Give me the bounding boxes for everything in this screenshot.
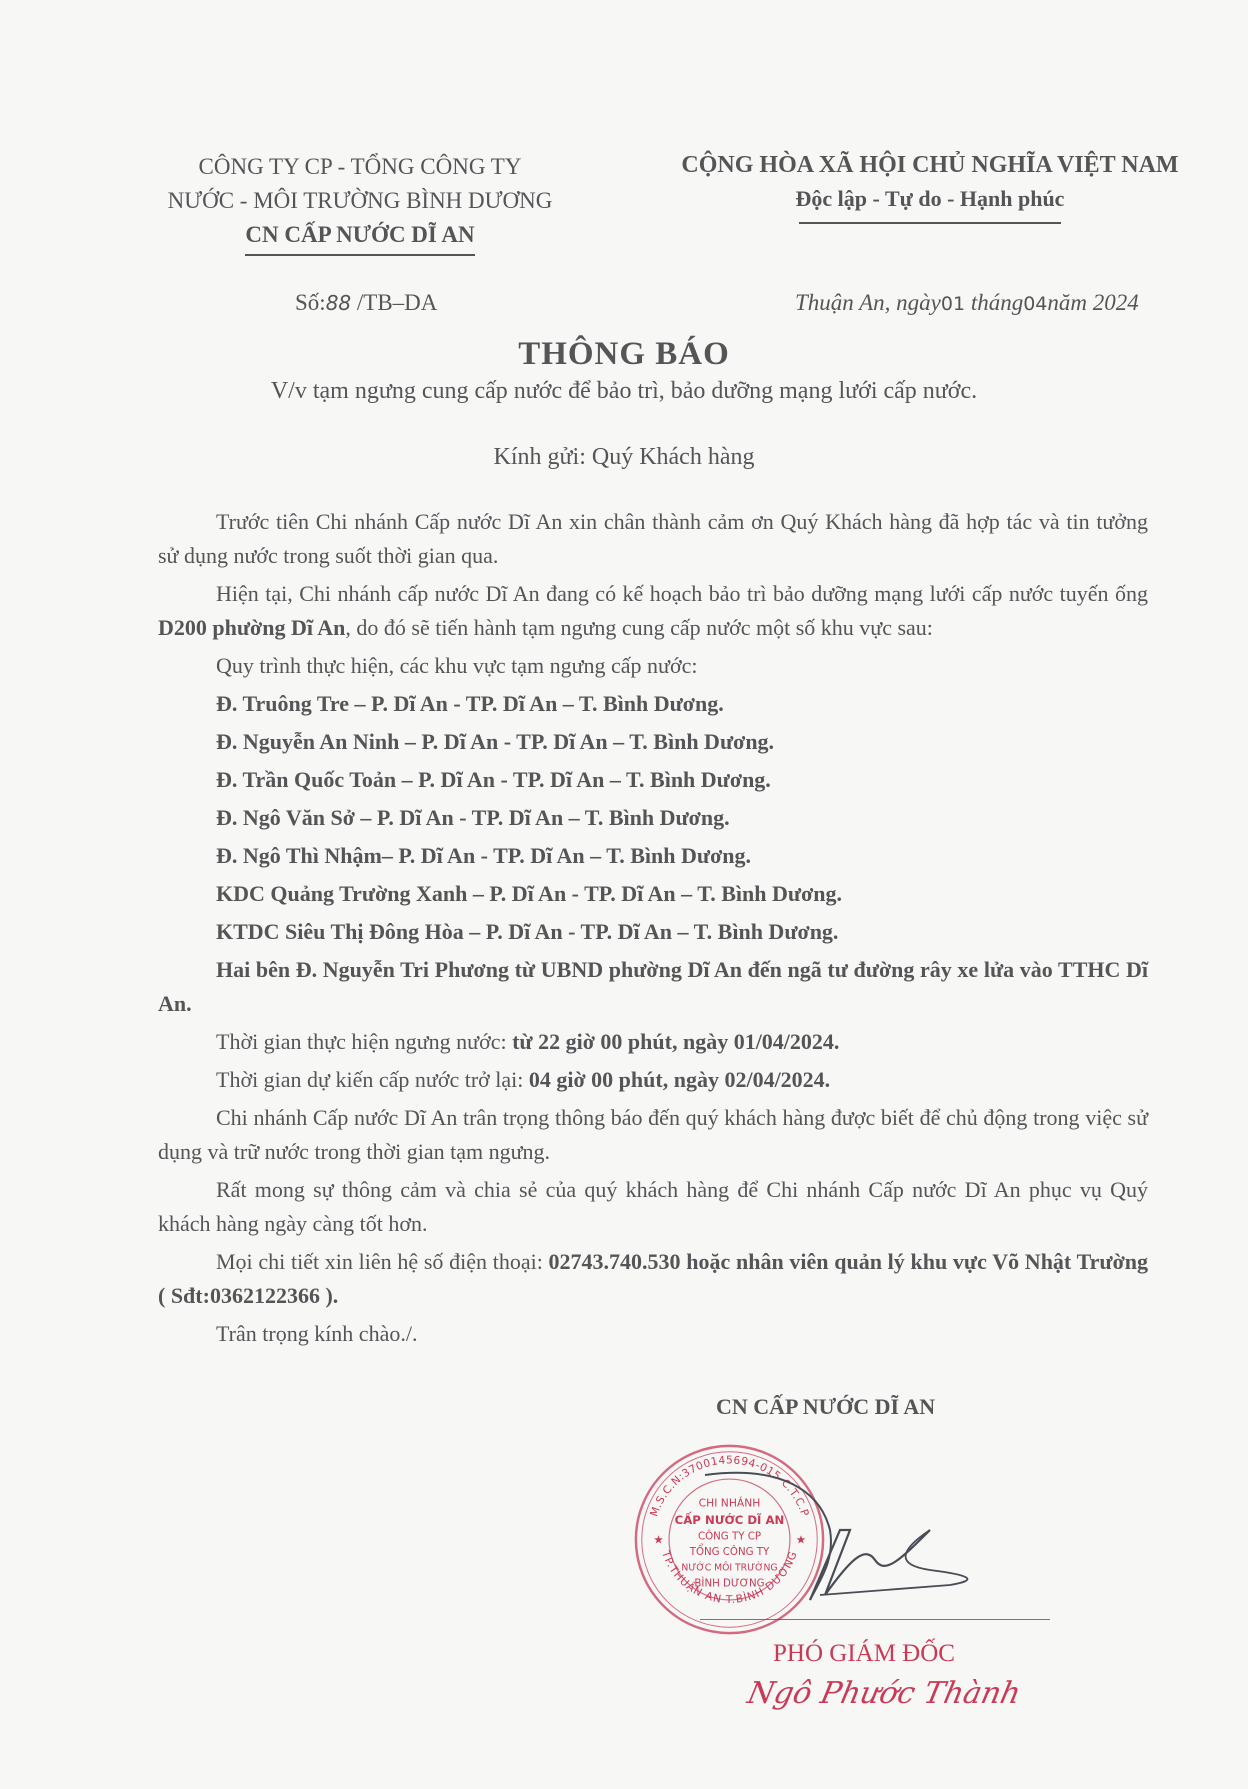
issue-date: Thuận An, ngày01 tháng04năm 2024 — [795, 290, 1139, 316]
document-title: THÔNG BÁO — [0, 336, 1248, 373]
time-end: Thời gian dự kiến cấp nước trở lại: 04 g… — [216, 1063, 1148, 1097]
plan-text-end: , do đó sẽ tiến hành tạm ngưng cung cấp … — [345, 615, 933, 640]
plan-pipeline: D200 phường Dĩ An — [158, 615, 345, 640]
area-item: Đ. Ngô Văn Sở – P. Dĩ An - TP. Dĩ An – T… — [216, 801, 1148, 835]
time-end-value: 04 giờ 00 phút, ngày 02/04/2024. — [529, 1067, 830, 1092]
area-item: KDC Quảng Trường Xanh – P. Dĩ An - TP. D… — [216, 877, 1148, 911]
time-start-value: từ 22 giờ 00 phút, ngày 01/04/2024. — [512, 1029, 839, 1054]
paragraph-notice: Chi nhánh Cấp nước Dĩ An trân trọng thôn… — [158, 1101, 1148, 1169]
area-item-last: Hai bên Đ. Nguyễn Tri Phương từ UBND phư… — [158, 953, 1148, 1021]
motto: Độc lập - Tự do - Hạnh phúc — [660, 182, 1200, 216]
handwritten-signature-icon — [700, 1470, 1220, 1620]
area-item: KTDC Siêu Thị Đông Hòa – P. Dĩ An - TP. … — [216, 915, 1148, 949]
time-end-label: Thời gian dự kiến cấp nước trở lại: — [216, 1067, 529, 1092]
area-item: Đ. Truông Tre – P. Dĩ An - TP. Dĩ An – T… — [216, 687, 1148, 721]
issuer-line-1: CÔNG TY CP - TỔNG CÔNG TY — [140, 150, 580, 184]
paragraph-thanks: Trước tiên Chi nhánh Cấp nước Dĩ An xin … — [158, 505, 1148, 573]
doc-number-suffix: /TB–DA — [351, 290, 437, 315]
issuer-line-2: NƯỚC - MÔI TRƯỜNG BÌNH DƯƠNG — [140, 184, 580, 218]
time-start: Thời gian thực hiện ngưng nước: từ 22 gi… — [216, 1025, 1148, 1059]
time-start-label: Thời gian thực hiện ngưng nước: — [216, 1029, 512, 1054]
header-issuer: CÔNG TY CP - TỔNG CÔNG TY NƯỚC - MÔI TRƯ… — [140, 150, 580, 256]
plan-text: Hiện tại, Chi nhánh cấp nước Dĩ An đang … — [216, 581, 1148, 606]
national-title: CỘNG HÒA XÃ HỘI CHỦ NGHĨA VIỆT NAM — [660, 148, 1200, 182]
date-month: 04 — [1023, 293, 1047, 315]
paragraph-apology: Rất mong sự thông cảm và chia sẻ của quý… — [158, 1173, 1148, 1241]
date-place: Thuận An, ngày — [795, 290, 941, 315]
signer-name: Ngô Phước Thành — [744, 1676, 1024, 1711]
motto-underline — [799, 222, 1061, 224]
doc-number-value: 88 — [326, 291, 351, 315]
paragraph-plan: Hiện tại, Chi nhánh cấp nước Dĩ An đang … — [158, 577, 1148, 645]
doc-number-prefix: Số: — [295, 290, 326, 315]
svg-text:★: ★ — [653, 1533, 663, 1546]
area-item: Đ. Nguyễn An Ninh – P. Dĩ An - TP. Dĩ An… — [216, 725, 1148, 759]
area-item: Đ. Ngô Thì Nhậm– P. Dĩ An - TP. Dĩ An – … — [216, 839, 1148, 873]
issuer-branch: CN CẤP NƯỚC DĨ AN — [245, 218, 474, 256]
greeting: Kính gửi: Quý Khách hàng — [0, 444, 1248, 471]
signer-position: PHÓ GIÁM ĐỐC — [773, 1640, 955, 1668]
date-month-label: tháng — [971, 290, 1023, 315]
signature-organization: CN CẤP NƯỚC DĨ AN — [716, 1394, 935, 1420]
areas-intro: Quy trình thực hiện, các khu vực tạm ngư… — [216, 649, 1148, 683]
header-national-motto: CỘNG HÒA XÃ HỘI CHỦ NGHĨA VIỆT NAM Độc l… — [660, 148, 1200, 224]
contact-label: Mọi chi tiết xin liên hệ số điện thoại: — [216, 1249, 549, 1274]
date-year: năm 2024 — [1047, 290, 1138, 315]
document-body: Trước tiên Chi nhánh Cấp nước Dĩ An xin … — [158, 505, 1148, 1355]
paragraph-contact: Mọi chi tiết xin liên hệ số điện thoại: … — [158, 1245, 1148, 1313]
area-item: Đ. Trần Quốc Toản – P. Dĩ An - TP. Dĩ An… — [216, 763, 1148, 797]
document-subject: V/v tạm ngưng cung cấp nước để bảo trì, … — [0, 378, 1248, 405]
document-number: Số:88 /TB–DA — [295, 290, 437, 316]
closing: Trân trọng kính chào./. — [216, 1317, 1148, 1351]
date-day: 01 — [941, 293, 965, 315]
